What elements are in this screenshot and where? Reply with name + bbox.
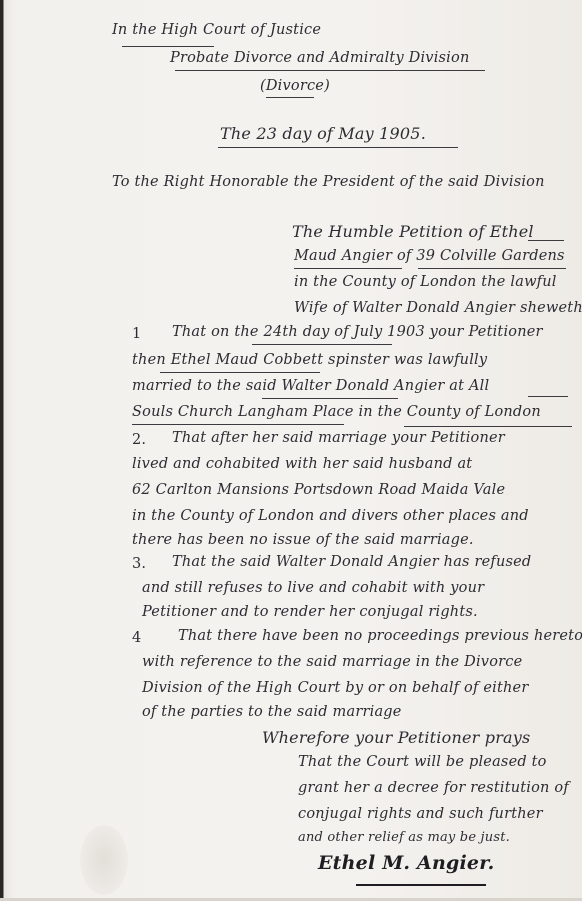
petition-intro-line: Maud Angier of 39 Colville Gardens bbox=[294, 248, 565, 264]
paragraph-line: Division of the High Court by or on beha… bbox=[142, 680, 528, 696]
subdivision-heading: (Divorce) bbox=[260, 78, 330, 94]
paragraph-line: That on the 24th day of July 1903 your P… bbox=[172, 324, 543, 340]
underline bbox=[266, 97, 314, 98]
petition-intro-line: The Humble Petition of Ethel bbox=[292, 222, 534, 241]
underline bbox=[404, 426, 572, 427]
paragraph-line: in the County of London and divers other… bbox=[132, 508, 529, 524]
document-page: In the High Court of Justice Probate Div… bbox=[0, 0, 582, 901]
underline bbox=[175, 70, 485, 71]
underline bbox=[252, 344, 392, 345]
paragraph-line: and still refuses to live and cohabit wi… bbox=[142, 580, 484, 596]
underline bbox=[294, 268, 402, 269]
paragraph-line: with reference to the said marriage in t… bbox=[142, 654, 522, 670]
petition-intro-line: Wife of Walter Donald Angier sheweth:- bbox=[294, 300, 582, 316]
addressee-line: To the Right Honorable the President of … bbox=[112, 174, 545, 190]
paragraph-line: Souls Church Langham Place in the County… bbox=[132, 404, 541, 420]
underline bbox=[132, 424, 344, 425]
court-heading: In the High Court of Justice bbox=[112, 22, 321, 38]
date-line: The 23 day of May 1905. bbox=[220, 124, 426, 143]
underline bbox=[528, 396, 568, 397]
paragraph-line: That after her said marriage your Petiti… bbox=[172, 430, 505, 446]
petitioner-signature: Ethel M. Angier. bbox=[318, 852, 494, 874]
prayer-line: conjugal rights and such further bbox=[298, 806, 543, 822]
underline bbox=[160, 372, 320, 373]
paragraph-number: 2. bbox=[132, 432, 146, 448]
signature-underline bbox=[356, 884, 486, 886]
paragraph-line: married to the said Walter Donald Angier… bbox=[132, 378, 489, 394]
underline bbox=[262, 398, 398, 399]
underline bbox=[218, 147, 458, 148]
prayer-line: That the Court will be pleased to bbox=[298, 754, 547, 770]
paragraph-line: That there have been no proceedings prev… bbox=[178, 628, 582, 644]
underline bbox=[418, 268, 566, 269]
paragraph-line: 62 Carlton Mansions Portsdown Road Maida… bbox=[132, 482, 505, 498]
paragraph-line: then Ethel Maud Cobbett spinster was law… bbox=[132, 352, 487, 368]
paragraph-number: 1 bbox=[132, 326, 141, 342]
prayer-heading: Wherefore your Petitioner prays bbox=[262, 728, 530, 747]
paragraph-number: 4 bbox=[132, 630, 141, 646]
division-heading: Probate Divorce and Admiralty Division bbox=[170, 50, 469, 66]
paragraph-line: there has been no issue of the said marr… bbox=[132, 532, 474, 548]
underline bbox=[528, 240, 564, 241]
paragraph-line: Petitioner and to render her conjugal ri… bbox=[142, 604, 478, 620]
paragraph-line: That the said Walter Donald Angier has r… bbox=[172, 554, 531, 570]
underline bbox=[122, 46, 214, 47]
paragraph-number: 3. bbox=[132, 556, 146, 572]
paper-stain bbox=[80, 825, 128, 895]
petition-intro-line: in the County of London the lawful bbox=[294, 274, 557, 290]
paragraph-line: lived and cohabited with her said husban… bbox=[132, 456, 472, 472]
prayer-line: grant her a decree for restitution of bbox=[298, 780, 569, 796]
prayer-line: and other relief as may be just. bbox=[298, 830, 510, 845]
paragraph-line: of the parties to the said marriage bbox=[142, 704, 402, 720]
